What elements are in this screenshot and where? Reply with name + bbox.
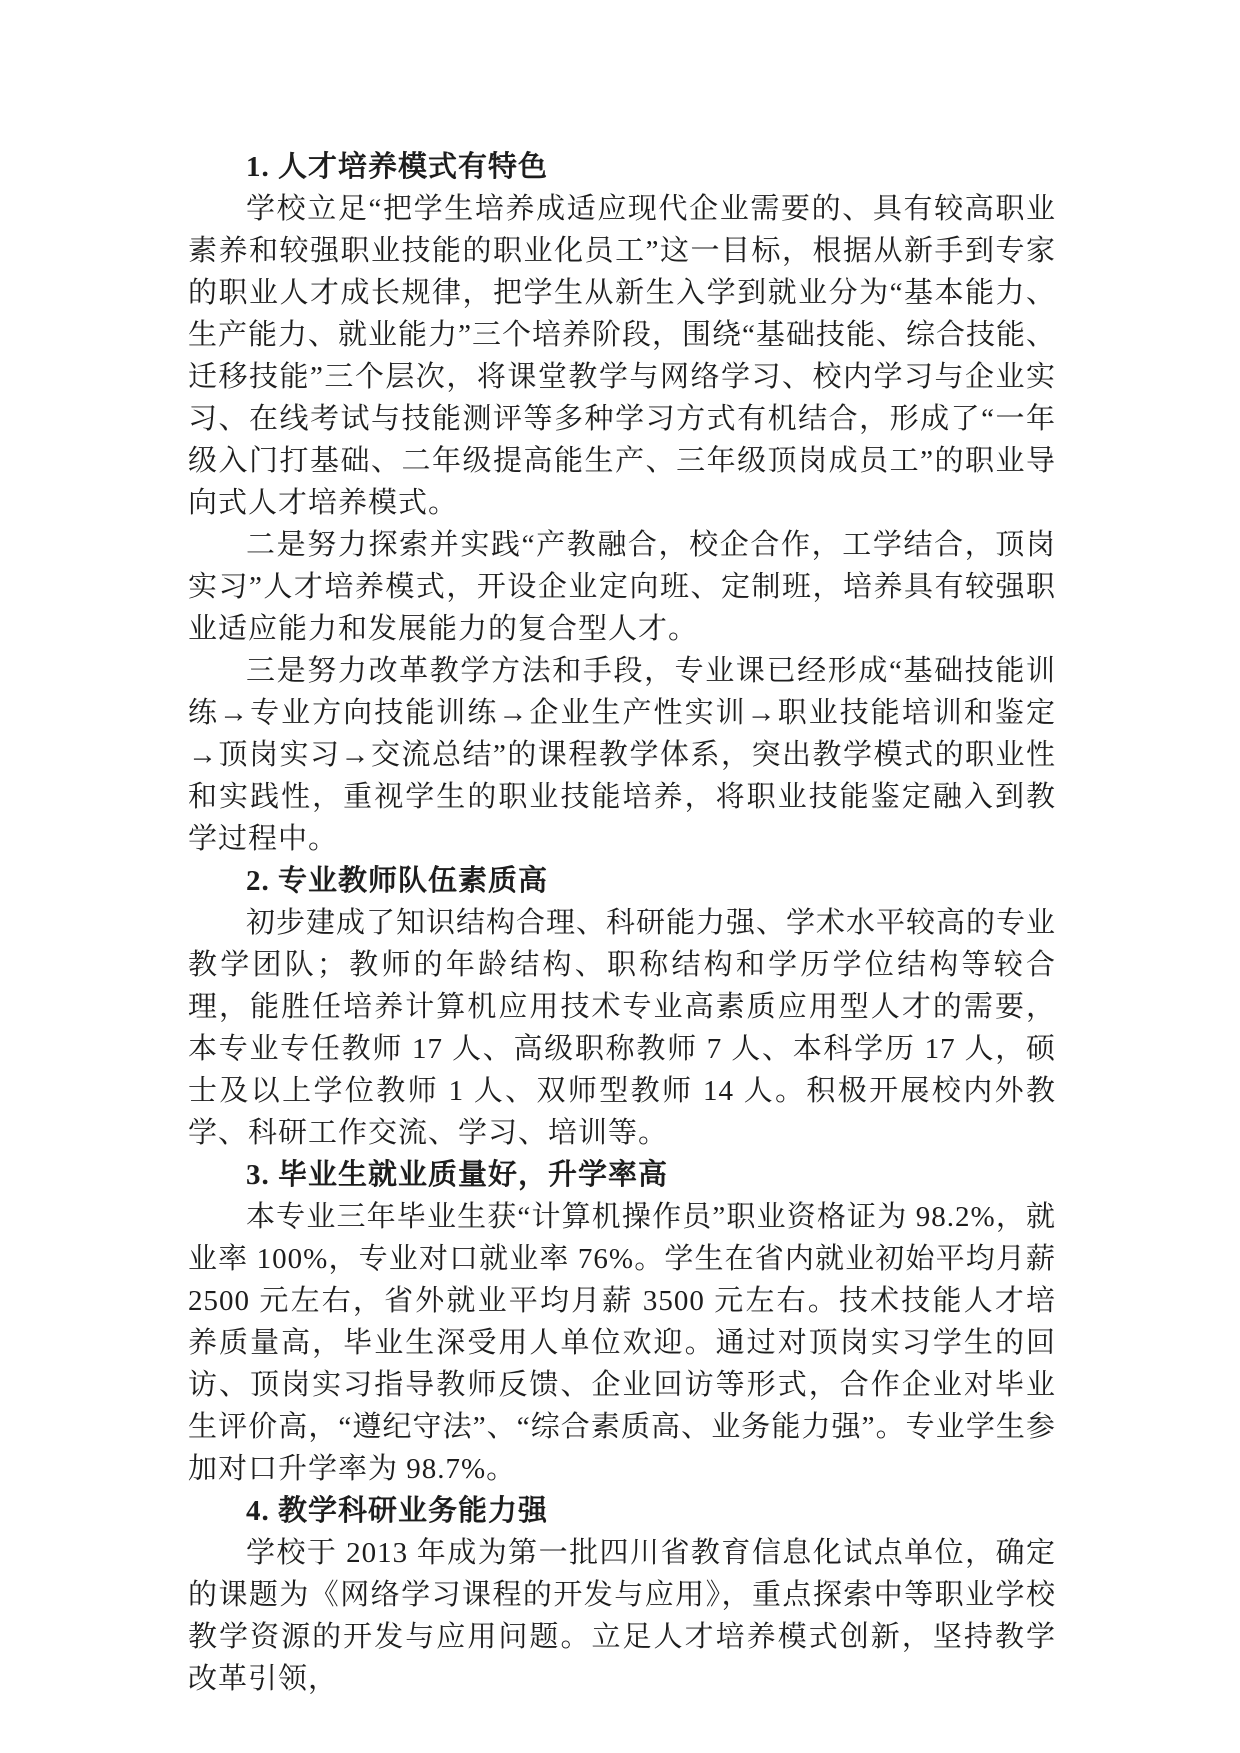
paragraph-graduate-employment: 本专业三年毕业生获“计算机操作员”职业资格证为 98.2%，就业率 100%，专…	[188, 1196, 1056, 1490]
section-heading-3: 3. 毕业生就业质量好，升学率高	[188, 1154, 1056, 1196]
paragraph-teacher-team: 初步建成了知识结构合理、科研能力强、学术水平较高的专业教学团队；教师的年龄结构、…	[188, 902, 1056, 1154]
paragraph-third-measure: 三是努力改革教学方法和手段，专业课已经形成“基础技能训练→专业方向技能训练→企业…	[188, 650, 1056, 860]
section-heading-2: 2. 专业教师队伍素质高	[188, 860, 1056, 902]
section-heading-4: 4. 教学科研业务能力强	[188, 1490, 1056, 1532]
section-heading-1: 1. 人才培养模式有特色	[188, 146, 1056, 188]
paragraph-research-ability: 学校于 2013 年成为第一批四川省教育信息化试点单位，确定的课题为《网络学习课…	[188, 1532, 1056, 1700]
paragraph-training-model: 学校立足“把学生培养成适应现代企业需要的、具有较高职业素养和较强职业技能的职业化…	[188, 188, 1056, 524]
paragraph-second-measure: 二是努力探索并实践“产教融合，校企合作，工学结合，顶岗实习”人才培养模式，开设企…	[188, 524, 1056, 650]
document-page: 1. 人才培养模式有特色 学校立足“把学生培养成适应现代企业需要的、具有较高职业…	[0, 0, 1240, 1753]
document-body: 1. 人才培养模式有特色 学校立足“把学生培养成适应现代企业需要的、具有较高职业…	[188, 146, 1056, 1700]
